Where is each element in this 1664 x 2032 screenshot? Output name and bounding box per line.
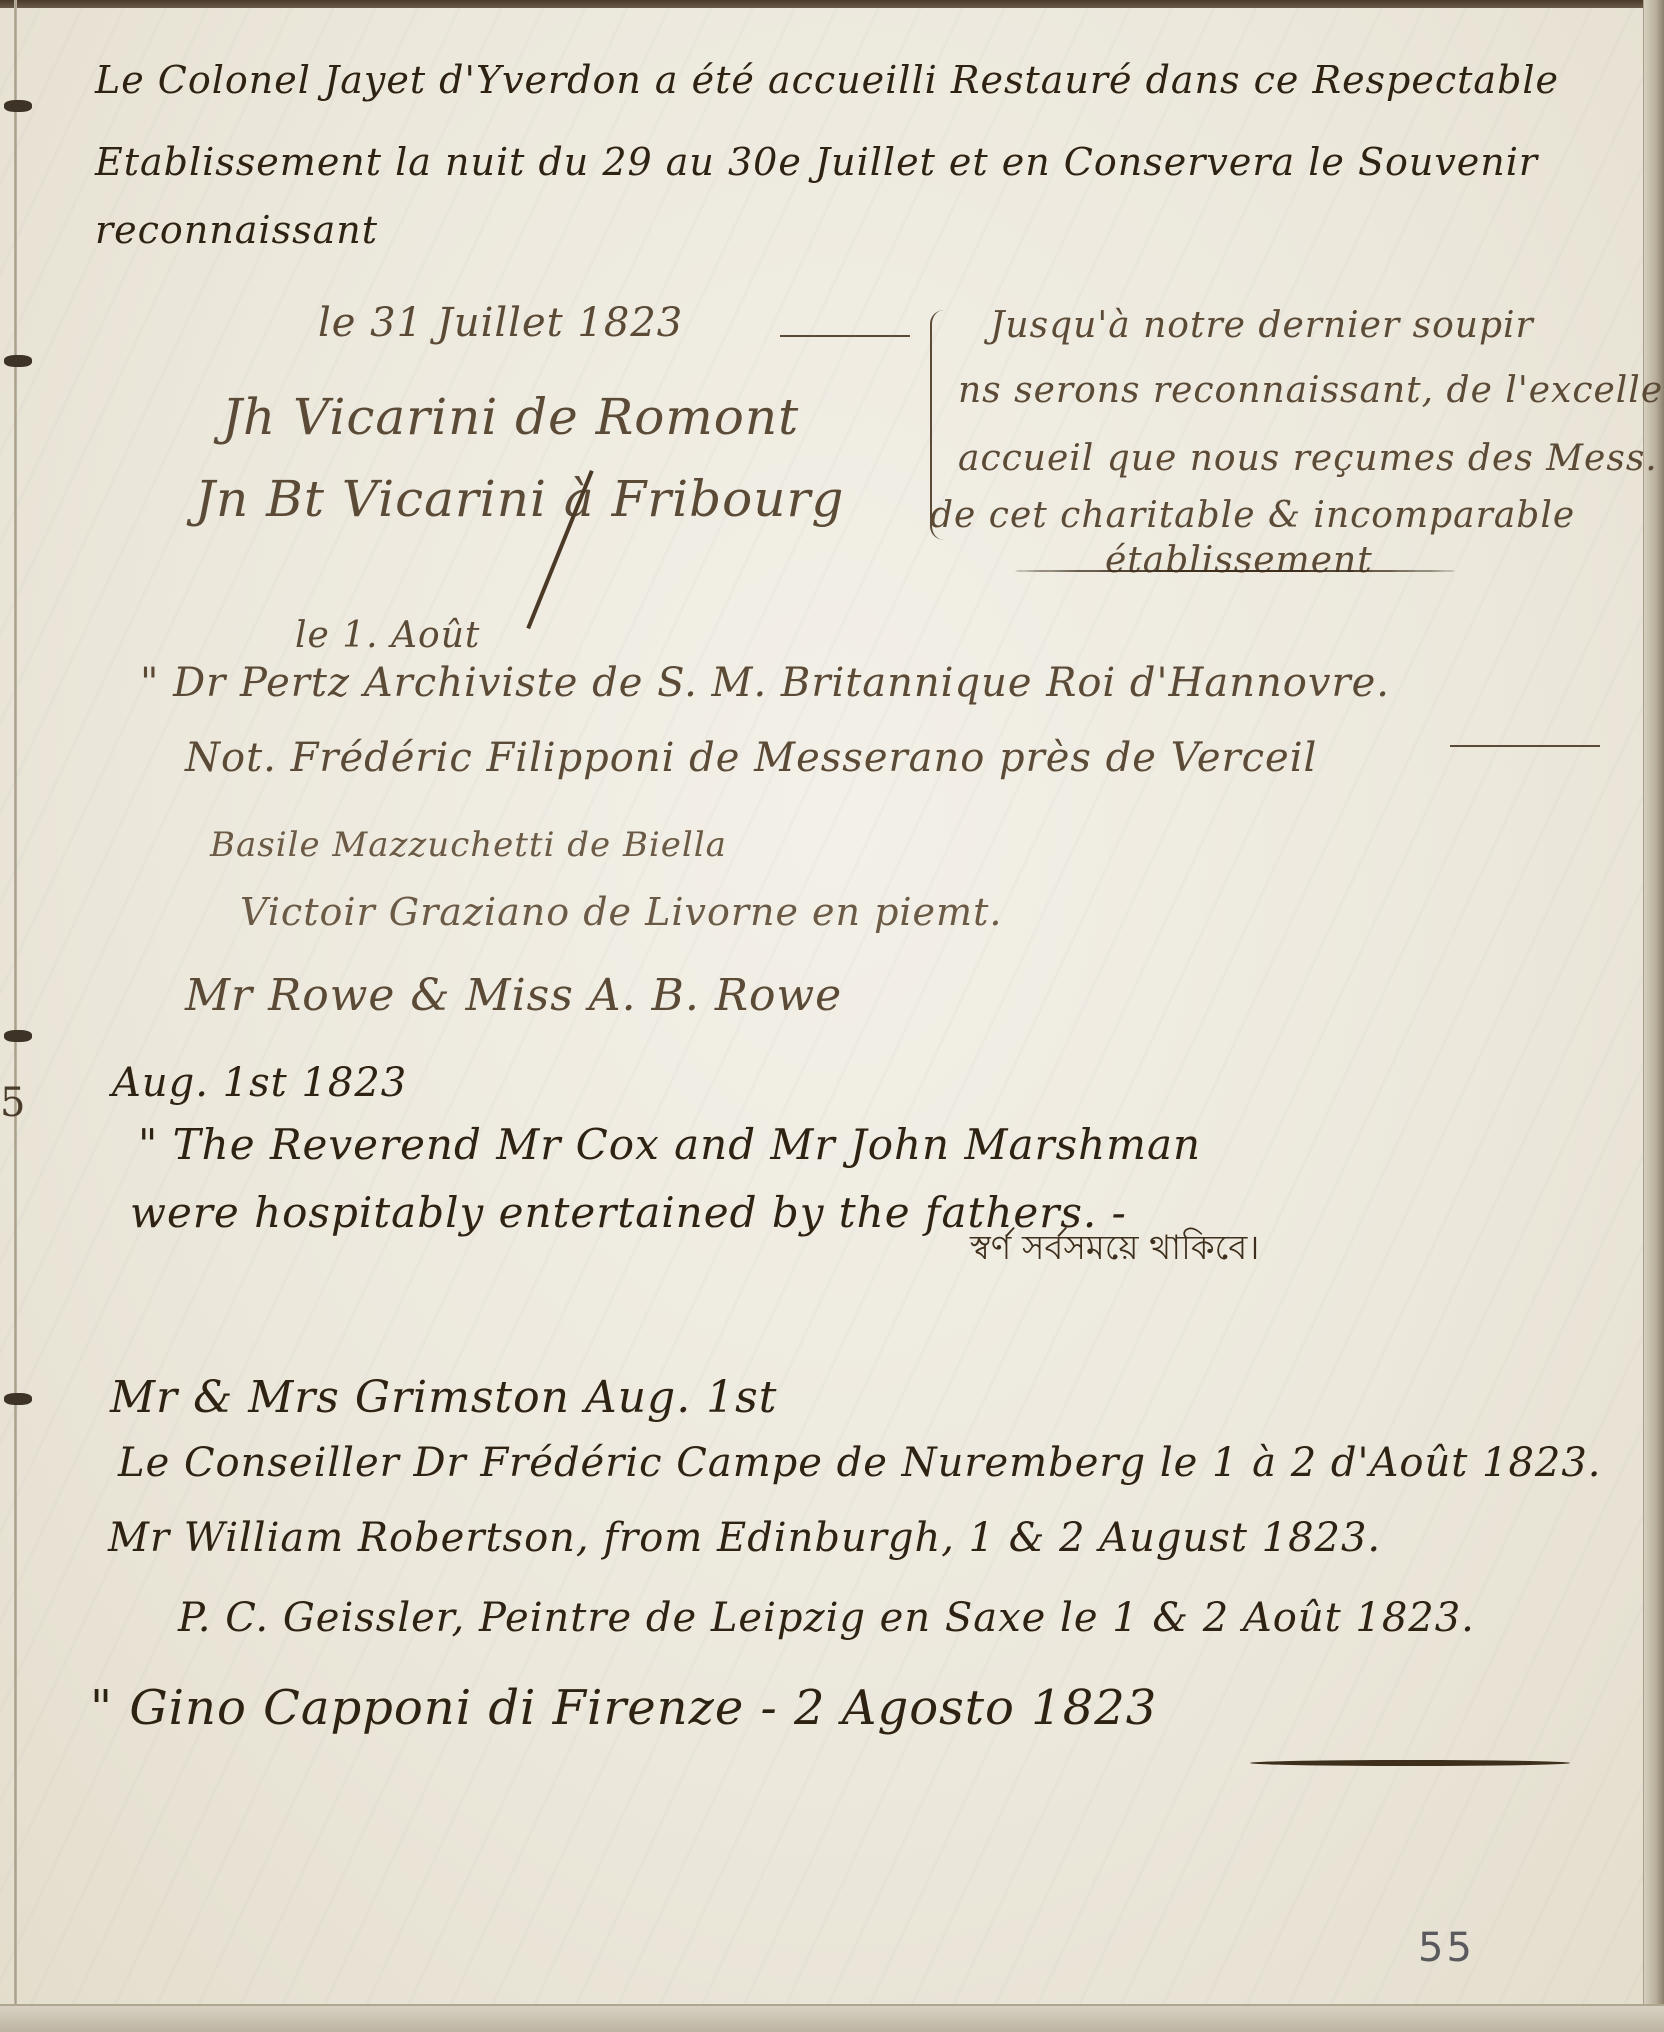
entry-vicarini-note-4: de cet charitable & incomparable	[930, 495, 1575, 536]
page-top-edge	[0, 0, 1664, 8]
entry-campe-line: Le Conseiller Dr Frédéric Campe de Nurem…	[118, 1440, 1602, 1486]
entry-vicarini-note-2: ns serons reconnaissant, de l'excellent	[958, 370, 1664, 411]
entry-jayet-line-3: reconnaissant	[95, 208, 378, 252]
trailing-dash	[1450, 745, 1600, 747]
entry-rowe-line: Mr Rowe & Miss A. B. Rowe	[185, 970, 842, 1021]
entry-geissler-line: P. C. Geissler, Peintre de Leipzig en Sa…	[178, 1595, 1475, 1641]
entry-cox-line-1: " The Reverend Mr Cox and Mr John Marshm…	[138, 1120, 1201, 1169]
entry-vicarini-note-3: accueil que nous reçumes des Mess.	[958, 438, 1658, 479]
entry-vicarini-signature-1: Jh Vicarini de Romont	[222, 388, 799, 446]
entry-vicarini-note-1: Jusqu'à notre dernier soupir	[990, 305, 1534, 346]
binding-stitch	[4, 1393, 32, 1405]
entry-jayet-line-1: Le Colonel Jayet d'Yverdon a été accueil…	[95, 58, 1559, 102]
margin-mark: 5	[0, 1080, 25, 1126]
page-number: 55	[1418, 1925, 1475, 1971]
entry-mazzuchetti-line: Basile Mazzuchetti de Biella	[210, 825, 727, 865]
page-bottom-edge	[0, 2004, 1664, 2032]
date-dash	[780, 335, 910, 337]
capponi-underline-flourish	[1250, 1760, 1570, 1766]
entry-pertz-line-1: " Dr Pertz Archiviste de S. M. Britanniq…	[140, 660, 1390, 706]
entry-graziano-line: Victoir Graziano de Livorne en piemt.	[240, 890, 1002, 934]
binding-gutter	[14, 0, 17, 2032]
entry-jayet-line-2: Etablissement la nuit du 29 au 30e Juill…	[95, 140, 1538, 184]
binding-stitch	[4, 355, 32, 367]
entry-capponi-line: " Gino Capponi di Firenze - 2 Agosto 182…	[90, 1680, 1157, 1736]
entry-grimston-line: Mr & Mrs Grimston Aug. 1st	[110, 1372, 777, 1423]
page-right-edge	[1643, 0, 1664, 2032]
binding-stitch	[4, 100, 32, 112]
manuscript-page: 5 Le Colonel Jayet d'Yverdon a été accue…	[0, 0, 1664, 2032]
binding-stitch	[4, 1030, 32, 1042]
entry-vicarini-signature-2: Jn Bt Vicarini à Fribourg	[195, 470, 844, 528]
entry-cox-bengali-line: স্বর্ণ সর্বসময়ে থাকিবে।	[970, 1222, 1259, 1279]
entry-robertson-line: Mr William Robertson, from Edinburgh, 1 …	[108, 1515, 1381, 1561]
entry-filipponi-line: Not. Frédéric Filipponi de Messerano prè…	[185, 735, 1317, 781]
note-underline	[1015, 570, 1455, 572]
entry-cox-date: Aug. 1st 1823	[112, 1060, 407, 1106]
entry-pertz-date: le 1. Août	[295, 615, 480, 656]
entry-vicarini-note-5: établissement	[1105, 540, 1373, 581]
entry-vicarini-date: le 31 Juillet 1823	[318, 300, 683, 346]
